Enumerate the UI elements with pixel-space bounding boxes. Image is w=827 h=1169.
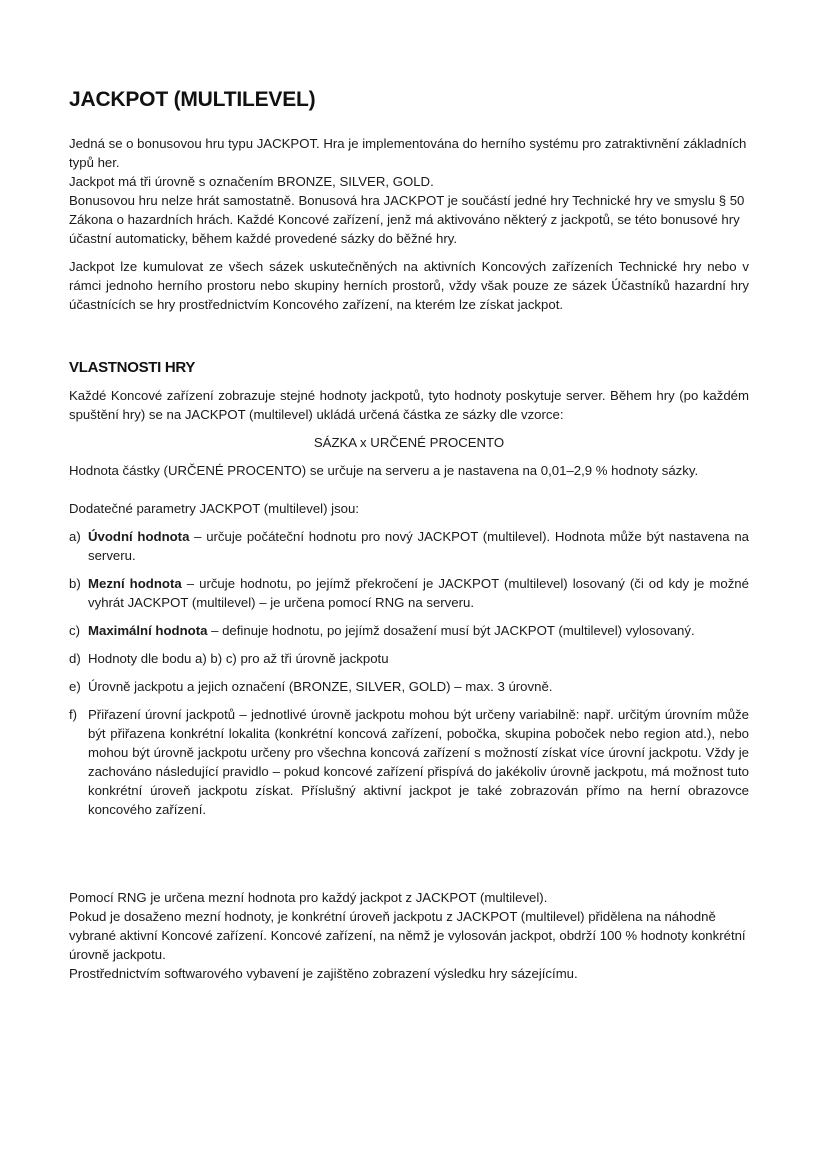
param-term: Mezní hodnota: [88, 576, 182, 591]
intro-paragraph-2: Jackpot má tři úrovně s označením BRONZE…: [69, 172, 749, 191]
params-intro: Dodatečné parametry JACKPOT (multilevel)…: [69, 499, 749, 518]
param-text: Přiřazení úrovní jackpotů – jednotlivé ú…: [88, 707, 749, 817]
intro-section: Jedná se o bonusovou hru typu JACKPOT. H…: [69, 134, 749, 314]
properties-paragraph-2: Hodnota částky (URČENÉ PROCENTO) se urču…: [69, 461, 749, 480]
closing-section: Pomocí RNG je určena mezní hodnota pro k…: [69, 888, 749, 983]
param-item-f: f) Přiřazení úrovní jackpotů – jednotliv…: [69, 705, 749, 819]
list-marker: d): [69, 649, 88, 668]
section-heading: VLASTNOSTI HRY: [69, 358, 749, 377]
param-item-d: d) Hodnoty dle bodu a) b) c) pro až tři …: [69, 649, 749, 668]
document-title: JACKPOT (MULTILEVEL): [69, 90, 315, 109]
formula: SÁZKA x URČENÉ PROCENTO: [69, 433, 749, 452]
params-list: a) Úvodní hodnota – určuje počáteční hod…: [69, 527, 749, 819]
closing-paragraph-1: Pomocí RNG je určena mezní hodnota pro k…: [69, 888, 749, 907]
closing-paragraph-3: Prostřednictvím softwarového vybavení je…: [69, 964, 749, 983]
param-text: Úrovně jackpotu a jejich označení (BRONZ…: [88, 679, 552, 694]
list-marker: c): [69, 621, 88, 640]
param-text: – definuje hodnotu, po jejímž dosažení m…: [207, 623, 694, 638]
closing-paragraph-2: Pokud je dosaženo mezní hodnoty, je konk…: [69, 907, 749, 964]
param-item-a: a) Úvodní hodnota – určuje počáteční hod…: [69, 527, 749, 565]
intro-paragraph-1: Jedná se o bonusovou hru typu JACKPOT. H…: [69, 134, 749, 172]
param-text: – určuje hodnotu, po jejímž překročení j…: [88, 576, 749, 610]
list-marker: f): [69, 705, 88, 819]
param-term: Úvodní hodnota: [88, 529, 189, 544]
list-marker: a): [69, 527, 88, 565]
param-term: Maximální hodnota: [88, 623, 207, 638]
param-item-e: e) Úrovně jackpotu a jejich označení (BR…: [69, 677, 749, 696]
properties-section: VLASTNOSTI HRY Každé Koncové zařízení zo…: [69, 358, 749, 828]
properties-paragraph-1: Každé Koncové zařízení zobrazuje stejné …: [69, 386, 749, 424]
param-item-c: c) Maximální hodnota – definuje hodnotu,…: [69, 621, 749, 640]
param-text: Hodnoty dle bodu a) b) c) pro až tři úro…: [88, 651, 389, 666]
list-marker: e): [69, 677, 88, 696]
intro-paragraph-3: Bonusovou hru nelze hrát samostatně. Bon…: [69, 191, 749, 248]
intro-paragraph-4: Jackpot lze kumulovat ze všech sázek usk…: [69, 257, 749, 314]
list-marker: b): [69, 574, 88, 612]
param-item-b: b) Mezní hodnota – určuje hodnotu, po je…: [69, 574, 749, 612]
